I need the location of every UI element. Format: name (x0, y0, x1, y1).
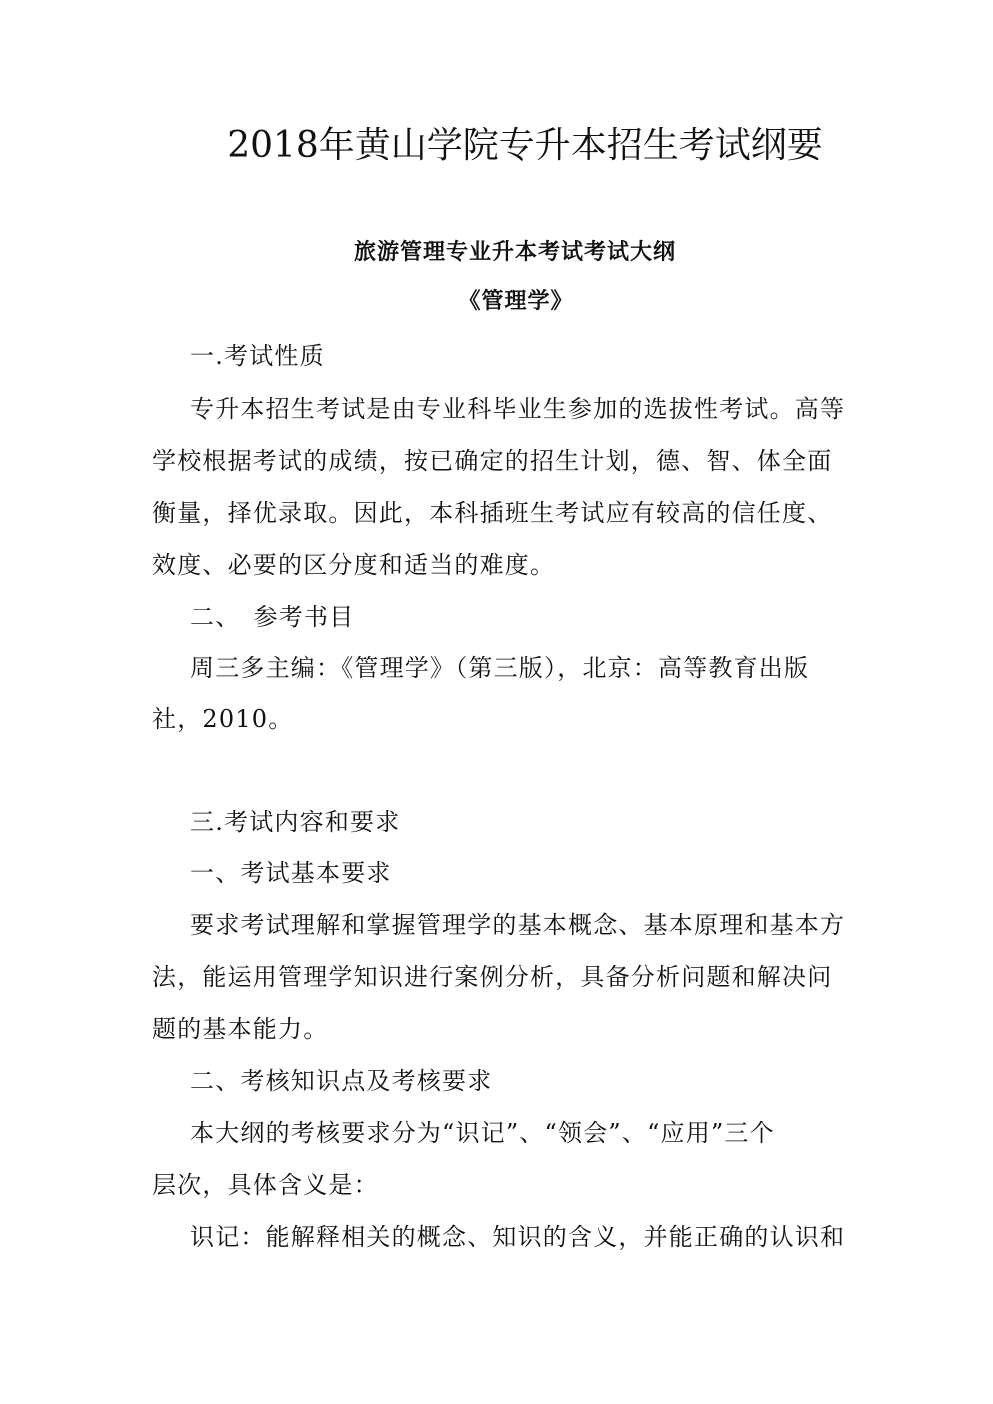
text-line: 本大纲的考核要求分为“识记”、“领会”、“应用”三个 (190, 1121, 775, 1145)
text-line: 题的基本能力。 (152, 1017, 328, 1041)
text-line: 周三多主编：《管理学》（第三版），北京：高等教育出版 (190, 656, 809, 680)
document-title: 2018年黄山学院专升本招生考试纲要 (0, 128, 993, 164)
text-line: 识记：能解释相关的概念、知识的含义，并能正确的认识和 (190, 1225, 845, 1249)
text-line: 二、考核知识点及考核要求 (190, 1069, 492, 1093)
document-page: 2018年黄山学院专升本招生考试纲要 旅游管理专业升本考试考试大纲 《管理学》 … (0, 0, 993, 1404)
text-line: 专升本招生考试是由专业科毕业生参加的选拔性考试。高等 (190, 397, 845, 421)
subject-title: 《管理学》 (0, 290, 993, 312)
text-line: 一.考试性质 (190, 344, 325, 368)
document-subtitle: 旅游管理专业升本考试考试大纲 (0, 241, 993, 263)
text-line: 法，能运用管理学知识进行案例分析，具备分析问题和解决问 (152, 965, 832, 989)
text-line: 效度、必要的区分度和适当的难度。 (152, 553, 555, 577)
text-line: 衡量，择优录取。因此，本科插班生考试应有较高的信任度、 (152, 501, 832, 525)
text-line: 社，2010。 (152, 707, 293, 731)
text-line: 二、 参考书目 (190, 605, 354, 629)
text-line: 层次，具体含义是： (152, 1173, 379, 1197)
text-line: 学校根据考试的成绩，按已确定的招生计划，德、智、体全面 (152, 449, 832, 473)
text-line: 一、考试基本要求 (190, 861, 392, 885)
text-line: 三.考试内容和要求 (190, 810, 400, 834)
text-line: 要求考试理解和掌握管理学的基本概念、基本原理和基本方 (190, 913, 845, 937)
